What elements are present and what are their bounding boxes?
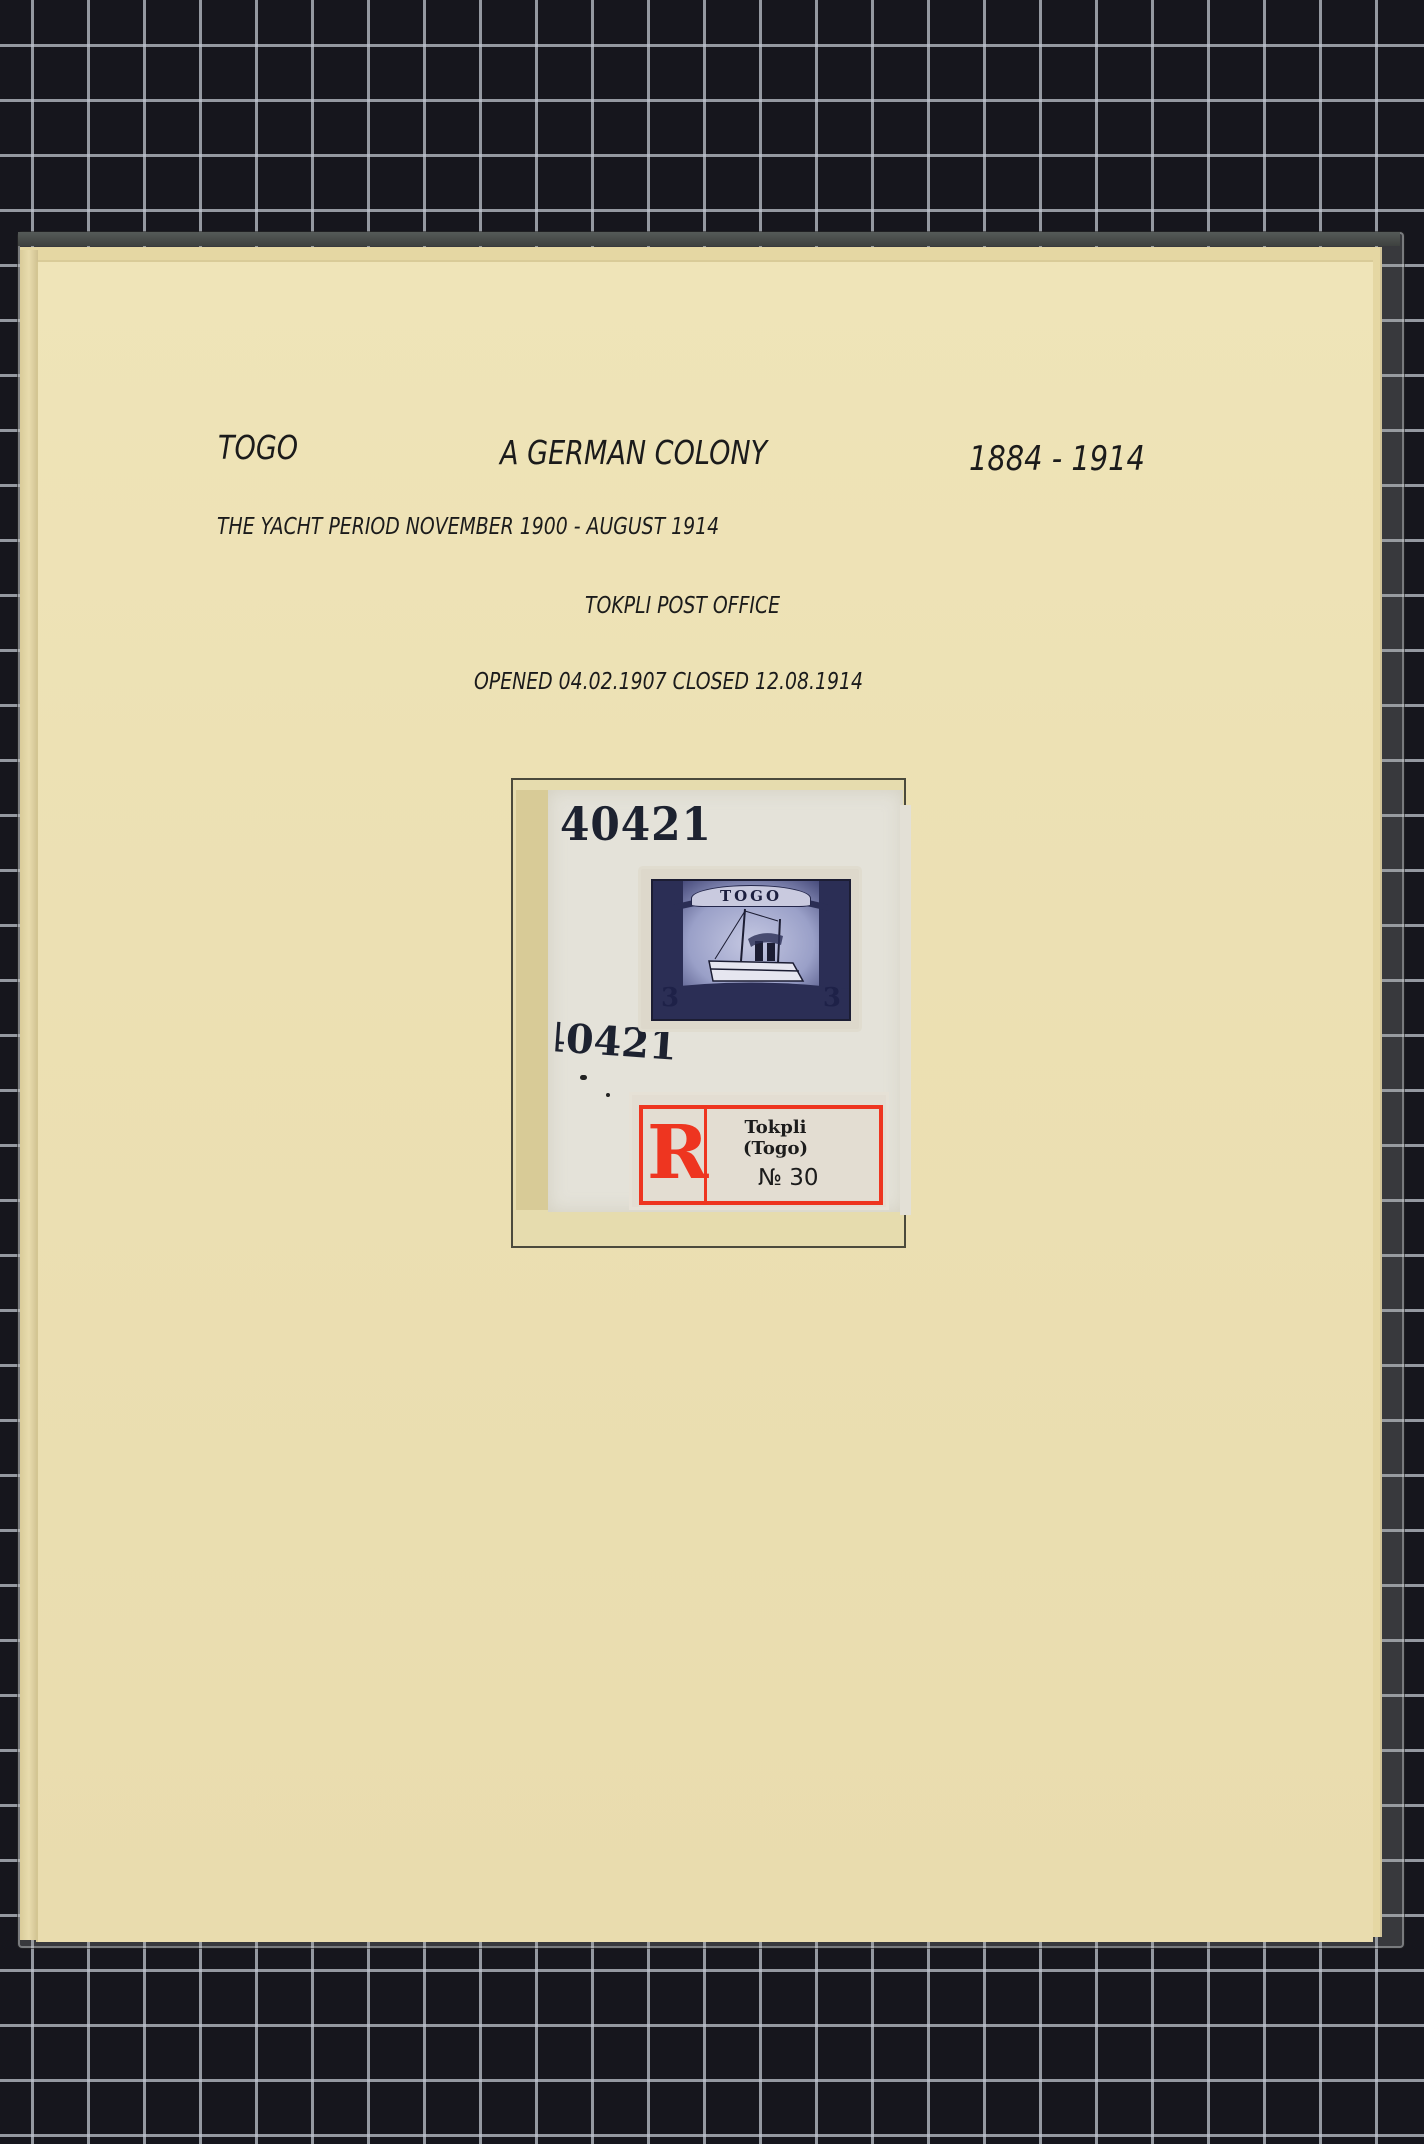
registration-letter: R — [647, 1107, 709, 1199]
label-divider — [704, 1109, 707, 1201]
period-heading: THE YACHT PERIOD NOVEMBER 1900 - AUGUST … — [217, 514, 719, 540]
stamp-value-right: 3 — [823, 983, 841, 1013]
page-subtitle: A GERMAN COLONY — [500, 433, 767, 472]
registration-label: R Tokpli (Togo) № 30 — [632, 1095, 886, 1207]
office-dates: OPENED 04.02.1907 CLOSED 12.08.1914 — [474, 669, 863, 695]
registration-number-handstamp: 40421 — [560, 797, 712, 851]
place-country: (Togo) — [743, 1138, 808, 1159]
place-name: Tokpli — [743, 1117, 808, 1138]
stamp-country-label: TOGO — [691, 885, 811, 907]
page-country-title: TOGO — [218, 428, 298, 467]
ink-dot — [606, 1093, 610, 1097]
registration-label-frame: R Tokpli (Togo) № 30 — [639, 1105, 883, 1205]
registration-place: Tokpli (Togo) — [743, 1117, 808, 1159]
postage-stamp: TOGO 3 3 — [641, 869, 859, 1029]
registration-label-number: № 30 — [758, 1165, 819, 1191]
ink-mark — [580, 1075, 587, 1080]
stamp-design: TOGO 3 3 — [651, 879, 851, 1021]
stamp-value-left: 3 — [661, 983, 679, 1013]
page-years: 1884 - 1914 — [969, 439, 1145, 479]
post-office-heading: TOKPLI POST OFFICE — [585, 593, 780, 619]
mount-shadow — [516, 790, 552, 1210]
cover-piece-edge — [900, 805, 911, 1215]
sleeve-top-edge — [18, 232, 1400, 246]
binding-edge — [20, 250, 38, 1940]
